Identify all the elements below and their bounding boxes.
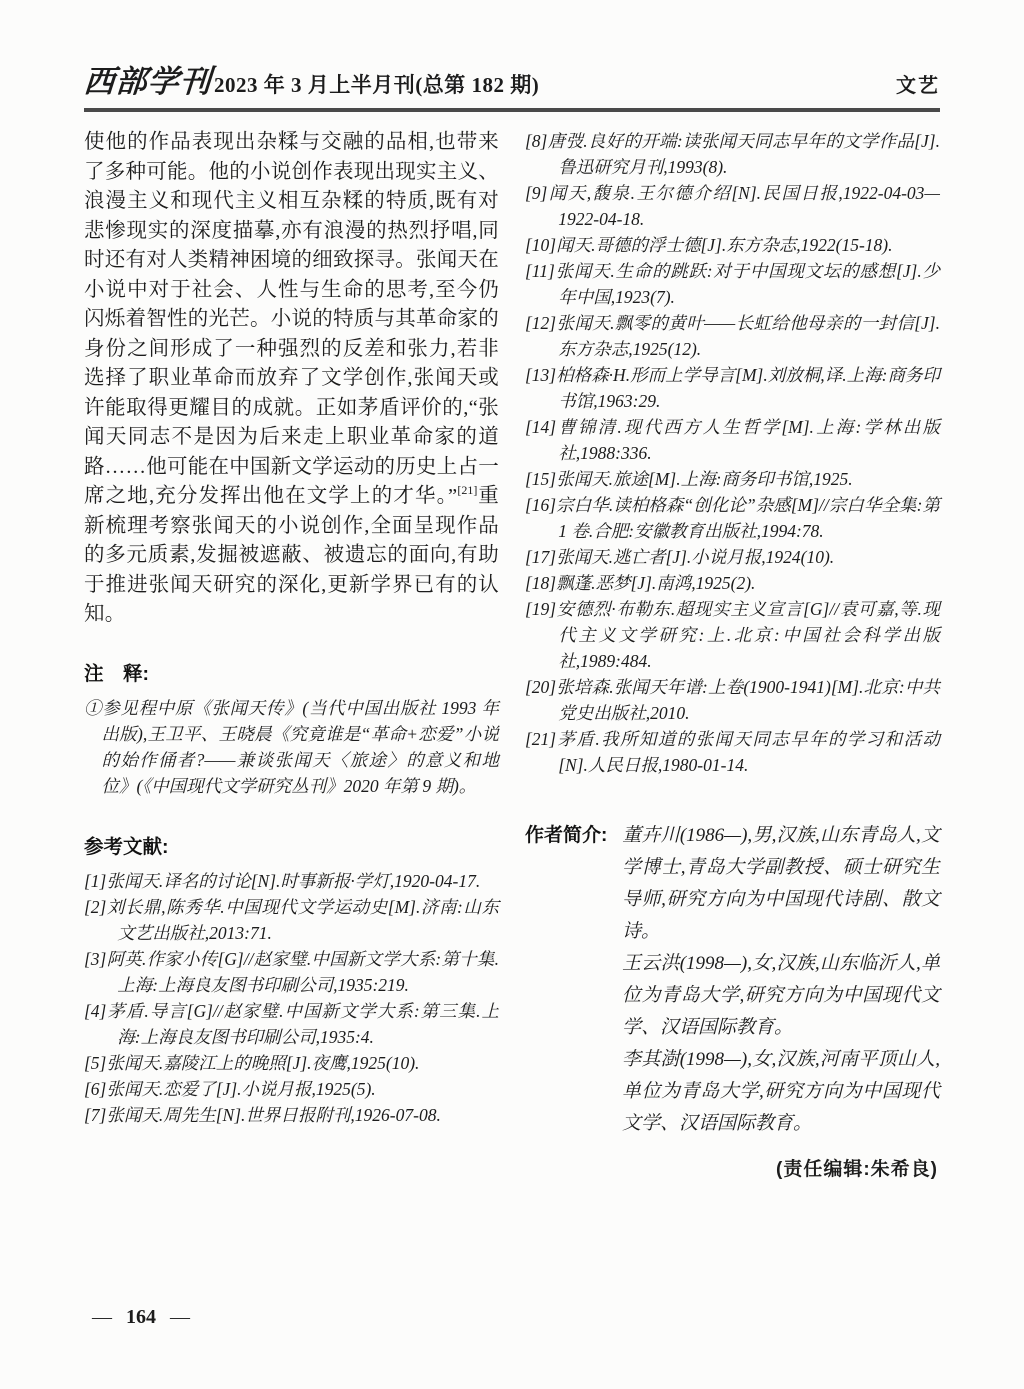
citation-superscript: [21] xyxy=(457,483,477,497)
body-paragraph: 使他的作品表现出杂糅与交融的品相,也带来了多种可能。他的小说创作表现出现实主义、… xyxy=(84,128,499,630)
journal-logo: 西部学刊 xyxy=(82,56,213,101)
reference-item: [19]安德烈·布勒东.超现实主义宣言[G]//袁可嘉,等.现代主义文学研究:上… xyxy=(525,596,940,674)
reference-item: [11]张闻天.生命的跳跃:对于中国现文坛的感想[J].少年中国,1923(7)… xyxy=(525,258,940,310)
content-columns: 使他的作品表现出杂糅与交融的品相,也带来了多种可能。他的小说创作表现出现实主义、… xyxy=(84,128,940,1181)
notes-title: 注 释: xyxy=(84,658,499,686)
left-column: 使他的作品表现出杂糅与交融的品相,也带来了多种可能。他的小说创作表现出现实主义、… xyxy=(84,128,499,1181)
reference-item: [16]宗白华.读柏格森“创化论”杂感[M]//宗白华全集:第 1 卷.合肥:安… xyxy=(525,492,940,544)
reference-item: [10]闻天.哥德的浮士德[J].东方杂志,1922(15-18). xyxy=(525,232,940,258)
author-bio: 作者简介:董卉川(1986—),男,汉族,山东青岛人,文学博士,青岛大学副教授、… xyxy=(525,820,940,1140)
page-number: 164 xyxy=(126,1306,156,1328)
reference-item: [15]张闻天.旅途[M].上海:商务印书馆,1925. xyxy=(525,466,940,492)
author-bio-entry: 李其澍(1998—),女,汉族,河南平顶山人,单位为青岛大学,研究方向为中国现代… xyxy=(525,1044,940,1140)
reference-item: [3]阿英.作家小传[G]//赵家璧.中国新文学大系:第十集.上海:上海良友图书… xyxy=(84,946,499,998)
reference-item: [8]唐弢.良好的开端:读张闻天同志早年的文学作品[J].鲁迅研究月刊,1993… xyxy=(525,128,940,180)
footer-dash-left: — xyxy=(92,1306,112,1328)
reference-item: [13]柏格森·H.形而上学导言[M].刘放桐,译.上海:商务印书馆,1963:… xyxy=(525,362,940,414)
reference-item: [5]张闻天.嘉陵江上的晚照[J].夜鹰,1925(10). xyxy=(84,1050,499,1076)
issue-info: 2023 年 3 月上半月刊(总第 182 期) xyxy=(214,69,539,99)
reference-item: [2]刘长鼎,陈秀华.中国现代文学运动史[M].济南:山东文艺出版社,2013:… xyxy=(84,894,499,946)
author-bio-label: 作者简介: xyxy=(525,820,622,852)
page-header: 西部学刊 2023 年 3 月上半月刊(总第 182 期) 文艺 xyxy=(84,56,940,101)
header-rule xyxy=(84,108,940,112)
reference-item: [17]张闻天.逃亡者[J].小说月报,1924(10). xyxy=(525,544,940,570)
reference-item: [12]张闻天.飘零的黄叶——长虹给他母亲的一封信[J].东方杂志,1925(1… xyxy=(525,310,940,362)
reference-item: [20]张培森.张闻天年谱:上卷(1900-1941)[M].北京:中共党史出版… xyxy=(525,674,940,726)
note-item: ①参见程中原《张闻天传》(当代中国出版社 1993 年出版),王卫平、王晓晨《究… xyxy=(84,695,499,799)
reference-item: [14]曹锦清.现代西方人生哲学[M].上海:学林出版社,1988:336. xyxy=(525,414,940,466)
reference-item: [9]闻天,馥泉.王尔德介绍[N].民国日报,1922-04-03—1922-0… xyxy=(525,180,940,232)
page-footer: —164— xyxy=(92,1306,190,1329)
author-bio-text: 董卉川(1986—),男,汉族,山东青岛人,文学博士,青岛大学副教授、硕士研究生… xyxy=(622,825,940,942)
header-left: 西部学刊 2023 年 3 月上半月刊(总第 182 期) xyxy=(84,56,539,101)
right-column: [8]唐弢.良好的开端:读张闻天同志早年的文学作品[J].鲁迅研究月刊,1993… xyxy=(525,128,940,1181)
reference-item: [18]飘蓬.恶梦[J].南鸿,1925(2). xyxy=(525,570,940,596)
author-bio-entry: 作者简介:董卉川(1986—),男,汉族,山东青岛人,文学博士,青岛大学副教授、… xyxy=(525,820,940,948)
body-text-part1: 使他的作品表现出杂糅与交融的品相,也带来了多种可能。他的小说创作表现出现实主义、… xyxy=(84,131,499,507)
editor-note: (责任编辑:朱希良) xyxy=(525,1154,940,1181)
reference-item: [6]张闻天.恋爱了[J].小说月报,1925(5). xyxy=(84,1076,499,1102)
reference-item: [21]茅盾.我所知道的张闻天同志早年的学习和活动[N].人民日报,1980-0… xyxy=(525,726,940,778)
footer-dash-right: — xyxy=(170,1306,190,1328)
reference-item: [7]张闻天.周先生[N].世界日报附刊,1926-07-08. xyxy=(84,1102,499,1128)
references-title: 参考文献: xyxy=(84,831,499,859)
section-label: 文艺 xyxy=(896,69,940,98)
reference-item: [1]张闻天.译名的讨论[N].时事新报·学灯,1920-04-17. xyxy=(84,868,499,894)
journal-page: 西部学刊 2023 年 3 月上半月刊(总第 182 期) 文艺 使他的作品表现… xyxy=(0,0,1024,1389)
reference-item: [4]茅盾.导言[G]//赵家璧.中国新文学大系:第三集.上海:上海良友图书印刷… xyxy=(84,998,499,1050)
author-bio-entry: 王云洪(1998—),女,汉族,山东临沂人,单位为青岛大学,研究方向为中国现代文… xyxy=(525,948,940,1044)
